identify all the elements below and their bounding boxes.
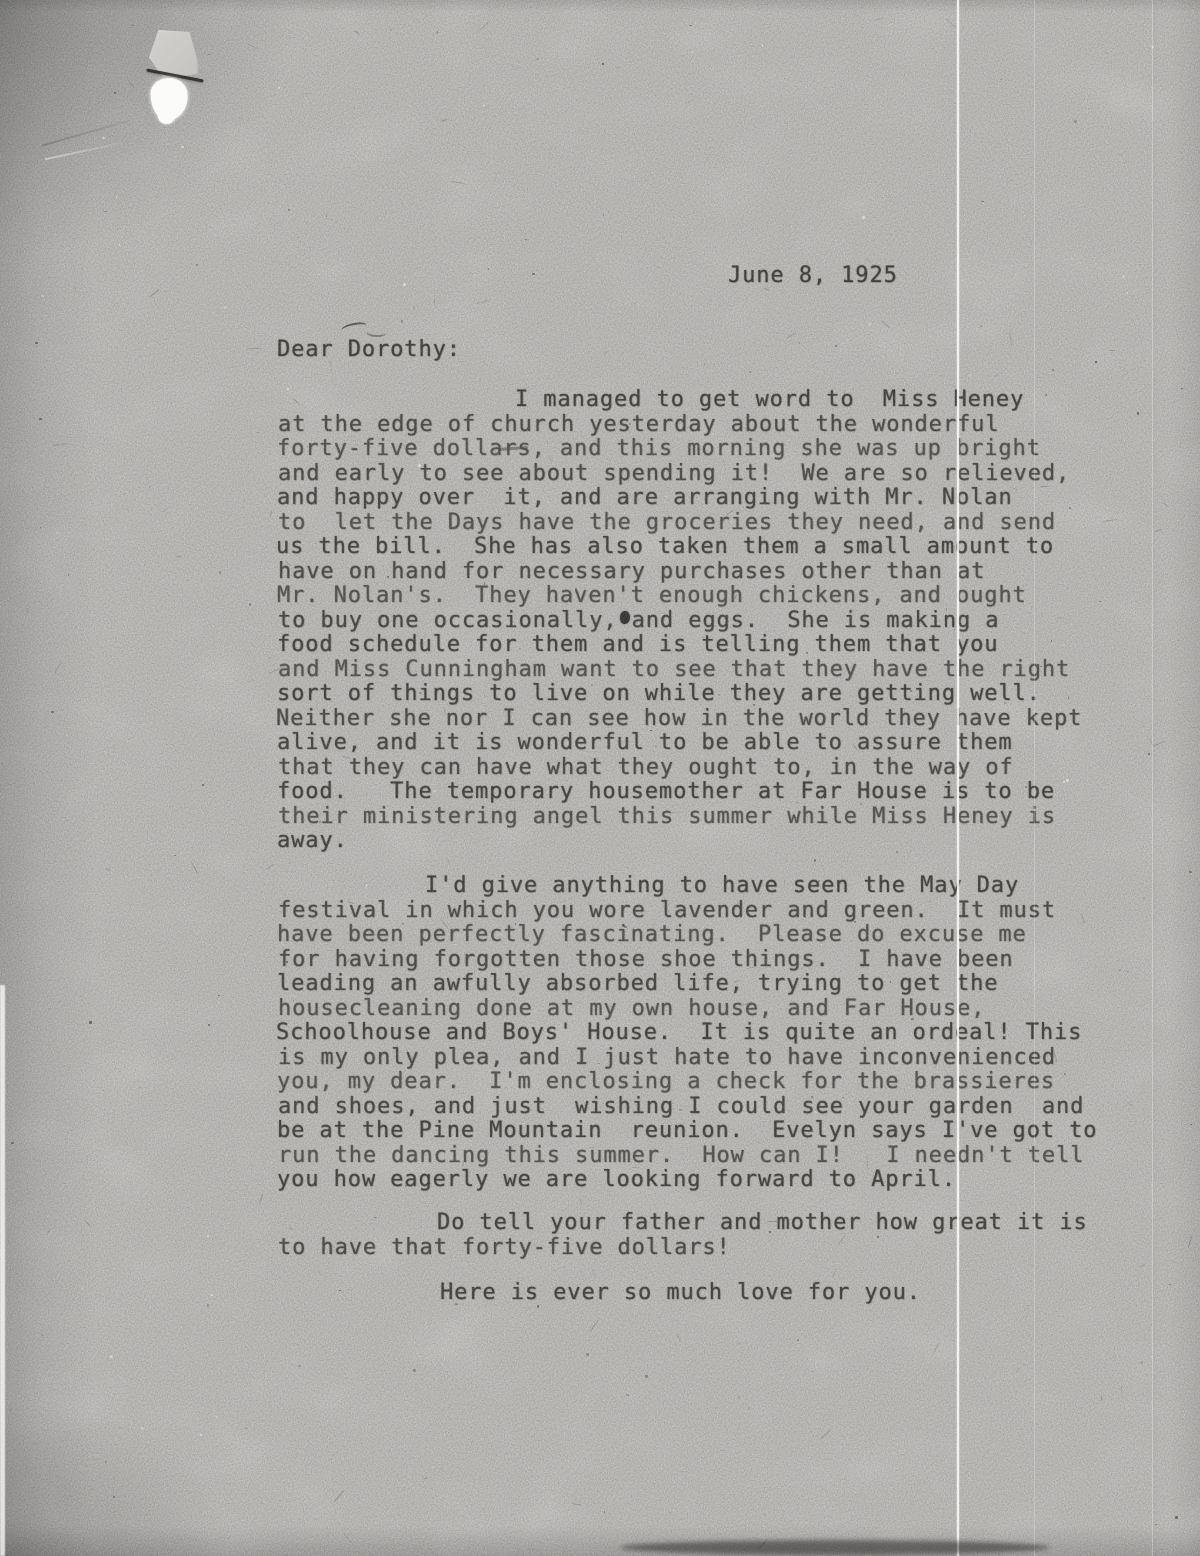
letter-line: their ministering angel this summer whil… — [278, 805, 1138, 830]
letter-line: and shoes, and just wishing I could see … — [278, 1095, 1138, 1120]
letter-line: to buy one occasionally, and eggs. She i… — [278, 609, 1138, 634]
letter-line: I'd give anything to have seen the May D… — [277, 874, 1137, 899]
letter-line: away. — [277, 829, 1137, 854]
letter-line: for having forgotten those shoe things. … — [278, 948, 1138, 973]
letter-line: have on hand for necessary purchases oth… — [278, 560, 1138, 585]
letter-line: Neither she nor I can see how in the wor… — [276, 707, 1136, 732]
closing-line: Here is ever so much love for you. — [440, 1281, 1140, 1306]
letter-line: run the dancing this summer. How can I! … — [278, 1144, 1138, 1169]
letter-scan-page: June 8, 1925 Dear Dorothy: I managed to … — [0, 0, 1200, 1556]
salutation: Dear Dorothy: — [277, 338, 461, 363]
paragraph-1: I managed to get word to Miss Heneyat th… — [277, 388, 1137, 854]
letter-line: forty-five dollars, and this morning she… — [277, 437, 1137, 462]
letter-line: at the edge of church yesterday about th… — [278, 413, 1138, 438]
letter-line: food schedule for them and is telling th… — [277, 633, 1137, 658]
letter-line: is my only plea, and I just hate to have… — [278, 1046, 1138, 1071]
letter-line: to have that forty-five dollars! — [278, 1236, 1138, 1261]
letter-line: Mr. Nolan's. They haven't enough chicken… — [277, 584, 1137, 609]
letter-line: Schoolhouse and Boys' House. It is quite… — [276, 1021, 1136, 1046]
letter-line: that they can have what they ought to, i… — [278, 756, 1138, 781]
paragraph-3: Do tell your father and mother how great… — [277, 1211, 1137, 1260]
letter-line: have been perfectly fascinating. Please … — [277, 923, 1137, 948]
letter-line: I managed to get word to Miss Heney — [277, 388, 1137, 413]
letter-line: and Miss Cunningham want to see that the… — [278, 658, 1138, 683]
letter-line: sort of things to live on while they are… — [277, 682, 1137, 707]
letter-line: Do tell your father and mother how great… — [277, 1211, 1137, 1236]
date-line: June 8, 1925 — [728, 264, 898, 289]
letter-line: you how eagerly we are looking forward t… — [277, 1168, 1137, 1193]
letter-line: Here is ever so much love for you. — [440, 1281, 1140, 1306]
letter-line: leading an awfully absorbed life, trying… — [277, 972, 1137, 997]
letter-line: to let the Days have the groceries they … — [278, 511, 1138, 536]
paragraph-2: I'd give anything to have seen the May D… — [277, 874, 1137, 1193]
letter-line: be at the Pine Mountain reunion. Evelyn … — [277, 1119, 1137, 1144]
letter-text: June 8, 1925 Dear Dorothy: I managed to … — [0, 0, 1200, 1556]
letter-line: and early to see about spending it! We a… — [278, 462, 1138, 487]
letter-line: festival in which you wore lavender and … — [278, 899, 1138, 924]
letter-line: you, my dear. I'm enclosing a check for … — [277, 1070, 1137, 1095]
letter-line: us the bill. She has also taken them a s… — [276, 535, 1136, 560]
letter-line: housecleaning done at my own house, and … — [278, 997, 1138, 1022]
letter-line: alive, and it is wonderful to be able to… — [277, 731, 1137, 756]
letter-line: food. The temporary housemother at Far H… — [277, 780, 1137, 805]
letter-line: and happy over it, and are arranging wit… — [277, 486, 1137, 511]
